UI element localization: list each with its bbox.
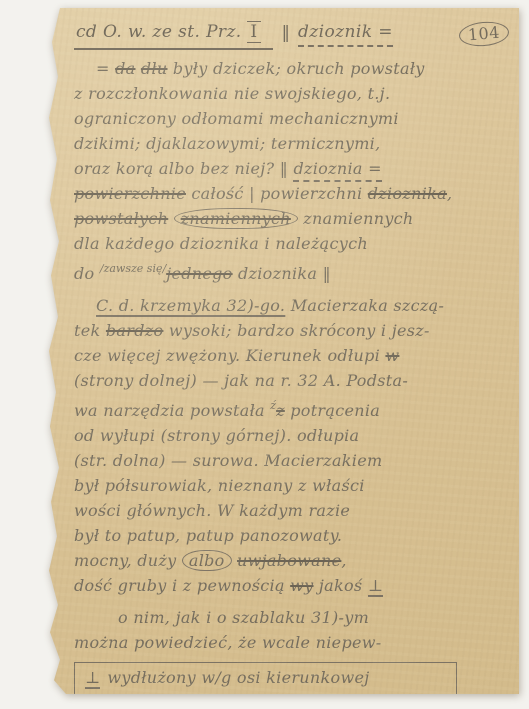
text-segment: bardzo — [106, 321, 164, 340]
header-title: cd O. w. ze st. Prz. I — [74, 22, 273, 50]
footnote-text: wydłużony w/g osi kierunkowej — [107, 668, 369, 687]
text-segment: albo — [182, 550, 232, 571]
text-segment: jednego — [166, 264, 232, 283]
text-segment: potrącenia — [285, 401, 380, 420]
text-segment: dzikimi; djaklazowymi; termicznymi, — [74, 134, 380, 153]
text-segment: /zawsze się/ — [100, 262, 166, 275]
text-segment: powstałych — [74, 209, 168, 228]
text-segment: oraz korą albo bez niej? ‖ — [74, 159, 293, 178]
text-segment: z rozczłonkowania nie swojskiego, t.j. — [74, 84, 390, 103]
text-segment: całość | powierzchni — [186, 184, 368, 203]
text-segment: do — [74, 264, 100, 283]
text-segment: uwjabowane — [237, 551, 341, 570]
text-segment: o nim, jak i o szablaku 31)-ym — [118, 608, 369, 627]
text-line: mocny, duży albo uwjabowane, — [74, 548, 509, 573]
text-segment: dzioznika — [368, 184, 447, 203]
footnote-marker-icon: ⊥ — [85, 668, 100, 689]
text-segment: były dziczek; okruch powstały — [168, 59, 425, 78]
text-segment: wości głównych. W każdym razie — [74, 501, 350, 520]
text-segment: , — [341, 551, 346, 570]
text-line: powstałych znamiennych znamiennych — [74, 206, 509, 231]
scanned-page: cd O. w. ze st. Prz. I ‖ dzioznik = 104 … — [0, 0, 529, 709]
text-line: tek bardzo wysoki; bardzo skrócony i jes… — [74, 318, 509, 343]
header-roman-numeral: I — [247, 21, 260, 43]
text-segment: jakoś — [314, 576, 368, 595]
text-segment: wysoki; bardzo skrócony i jesz- — [163, 321, 429, 340]
text-segment: (strony dolnej) — jak na r. 32 A. Podsta… — [74, 371, 408, 390]
text-line: ograniczony odłomami mechanicznymi — [74, 106, 509, 131]
text-line: był to patup, patup panozowaty. — [74, 523, 509, 548]
text-segment: mocny, duży — [74, 551, 182, 570]
paragraph: = da dłu były dziczek; okruch powstałyz … — [74, 56, 509, 286]
text-segment: dzioznia = — [293, 159, 381, 182]
text-segment: z — [276, 401, 285, 420]
text-line: (str. dolna) — surowa. Macierzakiem — [74, 448, 509, 473]
text-segment: ⊥ — [368, 576, 383, 597]
text-segment: dzioznika ‖ — [233, 264, 331, 283]
text-line: dla każdego dzioznika i należących — [74, 231, 509, 256]
paragraph: o nim, jak i o szablaku 31)-ymmożna powi… — [74, 605, 509, 655]
manuscript-body: = da dłu były dziczek; okruch powstałyz … — [74, 56, 509, 655]
text-segment: C. d. krzemyka 32)-go. — [96, 296, 285, 315]
page-header: cd O. w. ze st. Prz. I ‖ dzioznik = 104 — [74, 22, 509, 50]
text-line: do /zawsze się/jednego dzioznika ‖ — [74, 256, 509, 286]
text-segment: dość gruby i z pewnością — [74, 576, 290, 595]
header-separator: ‖ — [282, 22, 290, 43]
text-line: o nim, jak i o szablaku 31)-ym — [74, 605, 509, 630]
text-line: z rozczłonkowania nie swojskiego, t.j. — [74, 81, 509, 106]
header-title-text: cd O. w. ze st. Prz. — [76, 22, 242, 42]
paragraph: C. d. krzemyka 32)-go. Macierzaka szczą-… — [74, 293, 509, 598]
text-segment: tek — [74, 321, 106, 340]
text-segment: był to patup, patup panozowaty. — [74, 526, 342, 545]
text-segment: cze więcej zwężony. Kierunek odłupi — [74, 346, 385, 365]
text-segment: Macierzaka szczą- — [285, 296, 444, 315]
manuscript-paper: cd O. w. ze st. Prz. I ‖ dzioznik = 104 … — [46, 8, 519, 694]
text-segment: powierzchnie — [74, 184, 186, 203]
header-keyword: dzioznik = — [298, 22, 393, 47]
text-line: dzikimi; djaklazowymi; termicznymi, — [74, 131, 509, 156]
text-line: wa narzędzia powstała źz potrącenia — [74, 393, 509, 423]
text-segment: w — [385, 346, 399, 365]
text-segment: da — [115, 59, 135, 78]
text-segment: dłu — [141, 59, 168, 78]
text-segment: = — [96, 59, 115, 78]
text-line: był półsurowiak, nieznany z właści — [74, 473, 509, 498]
text-segment: wy — [290, 576, 313, 595]
paper-shadow: cd O. w. ze st. Prz. I ‖ dzioznik = 104 … — [46, 8, 519, 694]
text-segment: od wyłupi (strony górnej). odłupia — [74, 426, 359, 445]
text-line: C. d. krzemyka 32)-go. Macierzaka szczą- — [74, 293, 509, 318]
text-segment: był półsurowiak, nieznany z właści — [74, 476, 365, 495]
text-segment: dla każdego dzioznika i należących — [74, 234, 368, 253]
text-segment: ograniczony odłomami mechanicznymi — [74, 109, 399, 128]
text-segment: znamiennych — [298, 209, 414, 228]
text-line: cze więcej zwężony. Kierunek odłupi w — [74, 343, 509, 368]
text-segment: (str. dolna) — surowa. Macierzakiem — [74, 451, 382, 470]
text-line: można powiedzieć, że wcale niepew- — [74, 630, 509, 655]
text-line: (strony dolnej) — jak na r. 32 A. Podsta… — [74, 368, 509, 393]
text-line: od wyłupi (strony górnej). odłupia — [74, 423, 509, 448]
text-segment: , — [447, 184, 452, 203]
text-segment: wa narzędzia powstała — [74, 401, 270, 420]
text-segment: znamiennych — [174, 208, 298, 229]
text-line: oraz korą albo bez niej? ‖ dzioznia = — [74, 156, 509, 181]
footnote-box: ⊥wydłużony w/g osi kierunkowej — [74, 662, 457, 698]
page-number: 104 — [458, 20, 510, 48]
text-segment: można powiedzieć, że wcale niepew- — [74, 633, 381, 652]
text-line: powierzchnie całość | powierzchni dziozn… — [74, 181, 509, 206]
text-line: wości głównych. W każdym razie — [74, 498, 509, 523]
text-segment — [168, 209, 173, 228]
text-line: = da dłu były dziczek; okruch powstały — [74, 56, 509, 81]
text-line: dość gruby i z pewnością wy jakoś ⊥ — [74, 573, 509, 598]
